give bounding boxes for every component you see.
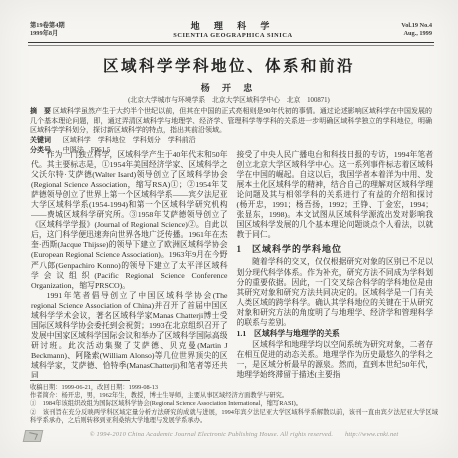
- keywords-label: 关键词: [30, 136, 51, 144]
- footnote-1: ① 1984年该组织改组为国际区域科学协会(Regional Science A…: [30, 400, 438, 408]
- keywords-text: 区域科学 学科地位 学科划分 学科前沿: [63, 136, 196, 144]
- header-center: 地 理 科 学 SCIENTIA GEOGRAPHICA SINICA: [173, 22, 292, 40]
- footnote-received-date: 收稿日期：1999-06-21，改回日期：1999-08-13: [30, 384, 438, 392]
- right-column: 接受了中央人民广播电台和科技日报的专访，1994年笔者创立北京大学区域科学中心。…: [237, 150, 434, 378]
- section-1-1-heading: 1.1 区域科学与地理学的关系: [237, 329, 434, 339]
- copyright-text: © 1994-2010 China Academic Journal Elect…: [90, 431, 334, 438]
- body-columns: 作为一门独立科学，区域科学产生于40年代末和50年代。其主要标志是，①1954年…: [31, 150, 433, 378]
- abstract-block: 摘 要 区域科学虽然产生于大约半个世纪以前，但其在中国的正式亮相则是90年代初的…: [30, 107, 432, 156]
- issue-date-cn: 1999年8月: [30, 30, 65, 38]
- left-column: 作为一门独立科学，区域科学产生于40年代末和50年代。其主要标志是，①1954年…: [31, 150, 228, 378]
- footnote-divider: [30, 380, 130, 381]
- cnki-logo-icon: [23, 430, 44, 442]
- header-divider: [28, 42, 434, 46]
- paragraph: 随着学科的交叉，仅仅根据研究对象的区别已不足以划分现代科学体系。作为补充，研究方…: [237, 257, 434, 327]
- abstract-text: 区域科学虽然产生于大约半个世纪以前，但其在中国的正式亮相则是90年代初的事情。通…: [30, 107, 432, 134]
- keywords-line: 关键词 区域科学 学科地位 学科划分 学科前沿: [30, 136, 432, 146]
- issue-date-en: Aug., 1999: [401, 30, 432, 38]
- volume-issue: 第19卷第4期: [30, 22, 65, 30]
- footnotes-block: 收稿日期：1999-06-21，改回日期：1999-08-13 作者简介：杨开忠…: [30, 384, 438, 425]
- header-left: 第19卷第4期 1999年8月: [30, 22, 65, 38]
- copyright-line: © 1994-2010 China Academic Journal Elect…: [50, 431, 438, 438]
- author-affiliation: (北京大学城市与环境学系 北京大学区域科学中心 北京 100871): [0, 94, 458, 104]
- paragraph: 作为一门独立科学，区域科学产生于40年代末和50年代。其主要标志是，①1954年…: [31, 150, 228, 291]
- paragraph: 1991年笔者倡导创立了中国区域科学协会(The regional Scienc…: [31, 291, 228, 378]
- footnote-2: ② 该刊旨在充分反映两学科区域定量分析方法研究的成就与进展，1994年宾夕法尼亚…: [30, 409, 438, 425]
- article-title: 区域科学学科地位、体系和前沿: [0, 54, 458, 76]
- cnki-url: http://www.cnki.net: [345, 431, 398, 438]
- journal-title-en: SCIENTIA GEOGRAPHICA SINICA: [173, 32, 292, 40]
- scanned-journal-page: 第19卷第4期 1999年8月 地 理 科 学 SCIENTIA GEOGRAP…: [0, 0, 458, 458]
- header-right: Vol.19 No.4 Aug., 1999: [401, 22, 432, 38]
- section-1-heading: 1 区域科学的学科地位: [237, 244, 434, 254]
- author-name: 杨 开 忠: [0, 81, 458, 94]
- paragraph: 接受了中央人民广播电台和科技日报的专访，1994年笔者创立北京大学区域科学中心。…: [237, 150, 434, 240]
- volume-en: Vol.19 No.4: [401, 22, 432, 30]
- page-footer: © 1994-2010 China Academic Journal Elect…: [0, 428, 458, 448]
- journal-header: 第19卷第4期 1999年8月 地 理 科 学 SCIENTIA GEOGRAP…: [30, 22, 432, 40]
- paragraph: 区域科学和地理学均以空间系统为研究对象，二者存在相互促进的动态关系。地理学作为历…: [237, 340, 434, 378]
- abstract-label: 摘 要: [30, 107, 51, 115]
- journal-title-cn: 地 理 科 学: [173, 22, 292, 31]
